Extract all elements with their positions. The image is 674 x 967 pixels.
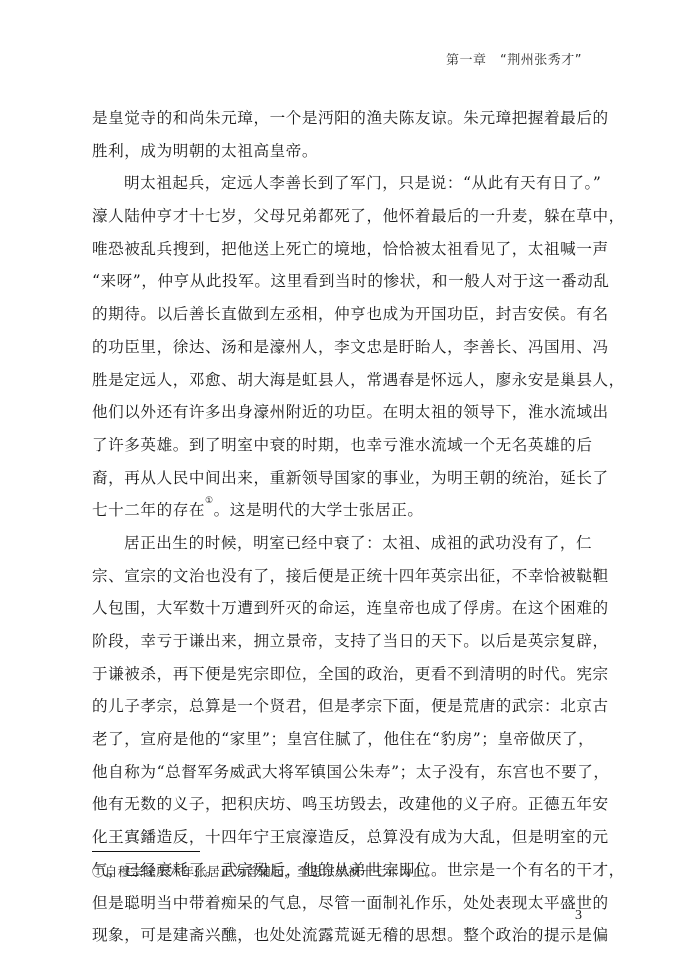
text-line: 的功臣里，徐达、汤和是濠州人，李文忠是盱眙人，李善长、冯国用、冯 [92,331,582,364]
text-line: 现象，可是建斋兴醮，也处处流露荒诞无稽的思想。整个政治的提示是偏 [92,919,582,952]
text-line: 的期待。以后善长直做到左丞相，仲亨也成为开国功臣，封吉安侯。有名 [92,298,582,331]
line-text: 现象，可是建斋兴醮，也处处流露荒诞无稽的思想。整个政治的提示是偏 [92,926,609,944]
text-line: 胜利，成为明朝的太祖高皇帝。 [92,135,582,168]
page-number: 3 [566,908,582,924]
text-line: 唯恐被乱兵搜到，把他送上死亡的境地，恰恰被太祖看见了，太祖喊一声 [92,233,582,266]
text-line: 阶段，幸亏于谦出来，拥立景帝，支持了当日的天下。以后是英宗复辟， [92,625,582,658]
line-text: 人包围，大军数十万遭到歼灭的命运，连皇帝也成了俘虏。在这个困难的 [92,599,609,617]
line-text: 的期待。以后善长直做到左丞相，仲亨也成为开国功臣，封吉安侯。有名 [92,305,609,323]
line-text-after: 。这是明代的大学士张居正。 [214,501,424,519]
text-line: 濠人陆仲亨才十七岁，父母兄弟都死了，他怀着最后的一升麦，躲在草中， [92,200,582,233]
line-text: 阶段，幸亏于谦出来，拥立景帝，支持了当日的天下。以后是英宗复辟， [92,632,609,650]
text-line: 他有无数的义子，把积庆坊、鸣玉坊毁去，改建他的义子府。正德五年安 [92,788,582,821]
line-text: 胜是定远人，邓愈、胡大海是虹县人，常遇春是怀远人，廖永安是巢县人， [92,371,625,389]
line-text: 七十二年的存在 [92,501,205,519]
text-line: “来呀”，仲亨从此投军。这里看到当时的惨状，和一般人对于这一番动乱 [92,265,582,298]
text-line: 老了，宣府是他的“家里”；皇宫住腻了，他住在“豹房”；皇帝做厌了， [92,723,582,756]
line-text: 化王寘鐇造反，十四年宁王宸濠造反，总算没有成为大乱，但是明室的元 [92,828,609,846]
line-text: 的功臣里，徐达、汤和是濠州人，李文忠是盱眙人，李善长、冯国用、冯 [92,338,609,356]
line-text: 唯恐被乱兵搜到，把他送上死亡的境地，恰恰被太祖看见了，太祖喊一声 [92,240,609,258]
line-text: “来呀”，仲亨从此投军。这里看到当时的惨状，和一般人对于这一番动乱 [92,272,610,290]
line-text: 了许多英雄。到了明室中衰的时期，也幸亏淮水流域一个无名英雄的后 [92,436,592,454]
text-line: 于谦被杀，再下便是宪宗即位，全国的政治，更看不到清明的时代。宪宗 [92,658,582,691]
body-text: 是皇觉寺的和尚朱元璋，一个是沔阳的渔夫陈友谅。朱元璋把握着最后的胜利，成为明朝的… [92,102,582,952]
text-line: 居正出生的时候，明室已经中衰了：太祖、成祖的武功没有了，仁 [92,527,582,560]
line-text: 宗、宣宗的文治也没有了，接后便是正统十四年英宗出征，不幸恰被鞑靼 [92,567,609,585]
line-text: 老了，宣府是他的“家里”；皇宫住腻了，他住在“豹房”；皇帝做厌了， [92,730,594,748]
running-head: 第一章 “荆州张秀才” [420,49,582,68]
footnote-divider [92,851,200,852]
line-text: 的儿子孝宗，总算是一个贤君，但是孝宗下面，便是荒唐的武宗：北京古 [92,697,609,715]
footnote: ①自穆宗隆庆六年张居正为首辅起，至思宗崇祯十七年为止。 [92,862,438,880]
text-line: 他自称为“总督军务威武大将军镇国公朱寿”；太子没有，东宫也不要了， [92,756,582,789]
text-line: 人包围，大军数十万遭到歼灭的命运，连皇帝也成了俘虏。在这个困难的 [92,592,582,625]
line-text: 裔，再从人民中间出来，重新领导国家的事业，为明王朝的统治，延长了 [92,469,609,487]
line-text: 但是聪明当中带着痴呆的气息，尽管一面制礼作乐，处处表现太平盛世的 [92,894,609,912]
line-text: 居正出生的时候，明室已经中衰了：太祖、成祖的武功没有了，仁 [124,534,592,552]
text-line: 他们以外还有许多出身濠州附近的功臣。在明太祖的领导下，淮水流域出 [92,396,582,429]
text-line: 裔，再从人民中间出来，重新领导国家的事业，为明王朝的统治，延长了 [92,462,582,495]
line-text: 濠人陆仲亨才十七岁，父母兄弟都死了，他怀着最后的一升麦，躲在草中， [92,207,625,225]
text-line: 是皇觉寺的和尚朱元璋，一个是沔阳的渔夫陈友谅。朱元璋把握着最后的 [92,102,582,135]
text-line: 化王寘鐇造反，十四年宁王宸濠造反，总算没有成为大乱，但是明室的元 [92,821,582,854]
line-text: 于谦被杀，再下便是宪宗即位，全国的政治，更看不到清明的时代。宪宗 [92,665,609,683]
line-text: 他自称为“总督军务威武大将军镇国公朱寿”；太子没有，东宫也不要了， [92,763,610,781]
text-line: 宗、宣宗的文治也没有了，接后便是正统十四年英宗出征，不幸恰被鞑靼 [92,560,582,593]
footnote-marker[interactable]: ① [205,496,214,506]
line-text: 他有无数的义子，把积庆坊、鸣玉坊毁去，改建他的义子府。正德五年安 [92,795,609,813]
line-text: 明太祖起兵，定远人李善长到了军门，只是说：“从此有天有日了。” [124,174,601,192]
text-line: 的儿子孝宗，总算是一个贤君，但是孝宗下面，便是荒唐的武宗：北京古 [92,690,582,723]
line-text: 胜利，成为明朝的太祖高皇帝。 [92,142,318,160]
text-line: 明太祖起兵，定远人李善长到了军门，只是说：“从此有天有日了。” [92,167,582,200]
text-line: 七十二年的存在①。这是明代的大学士张居正。 [92,494,582,527]
line-text: 是皇觉寺的和尚朱元璋，一个是沔阳的渔夫陈友谅。朱元璋把握着最后的 [92,109,609,127]
text-line: 胜是定远人，邓愈、胡大海是虹县人，常遇春是怀远人，廖永安是巢县人， [92,364,582,397]
text-line: 了许多英雄。到了明室中衰的时期，也幸亏淮水流域一个无名英雄的后 [92,429,582,462]
text-line: 但是聪明当中带着痴呆的气息，尽管一面制礼作乐，处处表现太平盛世的 [92,887,582,920]
line-text: 他们以外还有许多出身濠州附近的功臣。在明太祖的领导下，淮水流域出 [92,403,609,421]
